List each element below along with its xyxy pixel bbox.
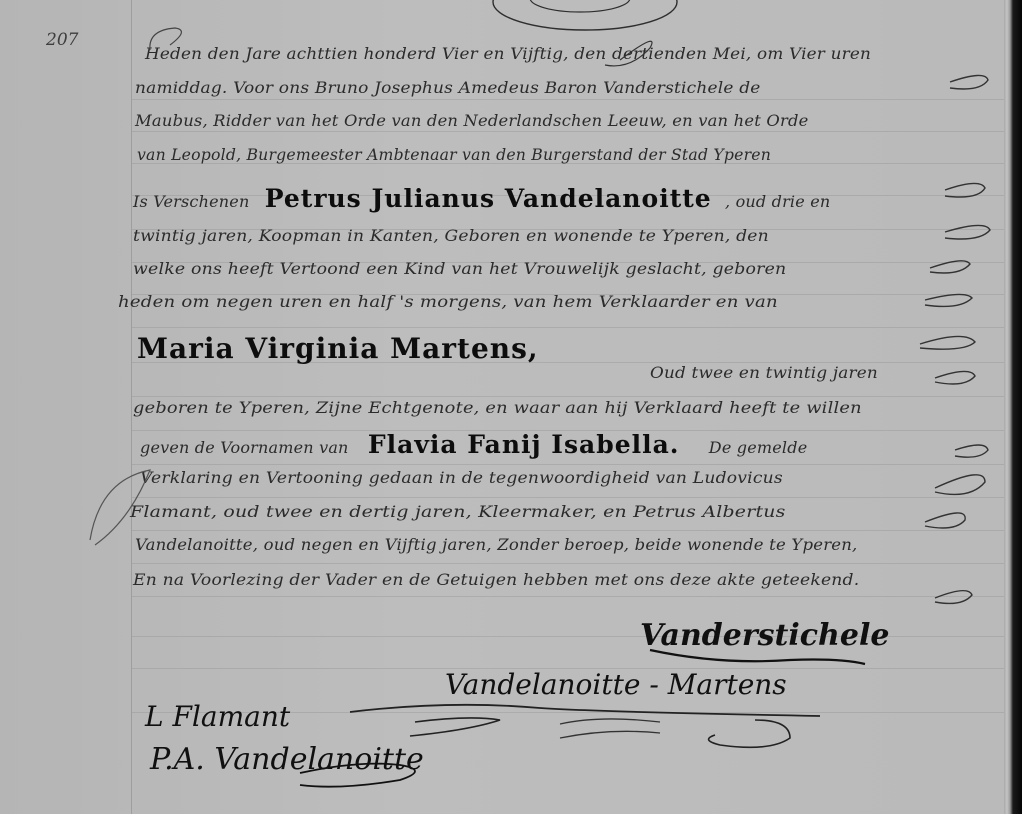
witness-1-signature: L Flamant	[145, 700, 290, 733]
ruled-line	[132, 99, 1004, 100]
ruled-line	[132, 497, 1004, 498]
declaration-intro: De gemelde	[709, 438, 808, 457]
ruled-line	[132, 596, 1004, 597]
text-line-12: Verklaring en Vertooning gedaan in de te…	[140, 468, 783, 487]
mother-name: Maria Virginia Martens,	[137, 332, 539, 365]
margin-line	[131, 0, 132, 814]
scan-border	[1004, 0, 1022, 814]
text-line-7: welke ons heeft Vertoond een Kind van he…	[133, 259, 786, 278]
mayor-signature: Vanderstichele	[640, 618, 889, 653]
ruled-line	[132, 131, 1004, 132]
father-name: Petrus Julianus Vandelanoitte	[265, 184, 712, 213]
text-line-15: En na Voorlezing der Vader en de Getuige…	[133, 570, 859, 589]
witness-2-signature: P.A. Vandelanoitte	[150, 742, 424, 777]
register-page: 207 Heden den Jare achttien honderd Vier…	[0, 0, 1004, 814]
text-line-10: geboren te Yperen, Zijne Echtgenote, en …	[133, 398, 862, 417]
text-line-9: Maria Virginia Martens,	[137, 332, 553, 365]
text-line-11: geven de Voornamen van Flavia Fanij Isab…	[140, 430, 807, 459]
ruled-line	[132, 327, 1004, 328]
ruled-line	[132, 464, 1004, 465]
text-line-14: Vandelanoitte, oud negen en Vijftig jare…	[135, 535, 858, 554]
ruled-line	[132, 563, 1004, 564]
child-name: Flavia Fanij Isabella.	[368, 430, 680, 459]
text-line-4: van Leopold, Burgemeester Ambtenaar van …	[137, 145, 771, 164]
text-line-8: heden om negen uren en half 's morgens, …	[118, 292, 778, 311]
text-line-13: Flamant, oud twee en dertig jaren, Kleer…	[130, 502, 786, 521]
entry-number: 207	[46, 30, 78, 50]
text-line-1: Heden den Jare achttien honderd Vier en …	[145, 44, 871, 63]
parents-signature: Vandelanoitte - Martens	[445, 668, 787, 701]
ruled-line	[132, 530, 1004, 531]
ruled-line	[132, 396, 1004, 397]
appeared-label: Is Verschenen	[133, 192, 249, 211]
text-line-3: Maubus, Ridder van het Orde van den Nede…	[135, 111, 809, 130]
text-line-5: Is Verschenen Petrus Julianus Vandelanoi…	[133, 184, 830, 213]
text-line-2: namiddag. Voor ons Bruno Josephus Amedeu…	[135, 78, 761, 97]
text-line-6: twintig jaren, Koopman in Kanten, Gebore…	[133, 226, 769, 245]
mother-age-text: Oud twee en twintig jaren	[650, 363, 878, 382]
father-age-prefix: , oud drie en	[725, 192, 830, 211]
given-names-label: geven de Voornamen van	[140, 438, 349, 457]
